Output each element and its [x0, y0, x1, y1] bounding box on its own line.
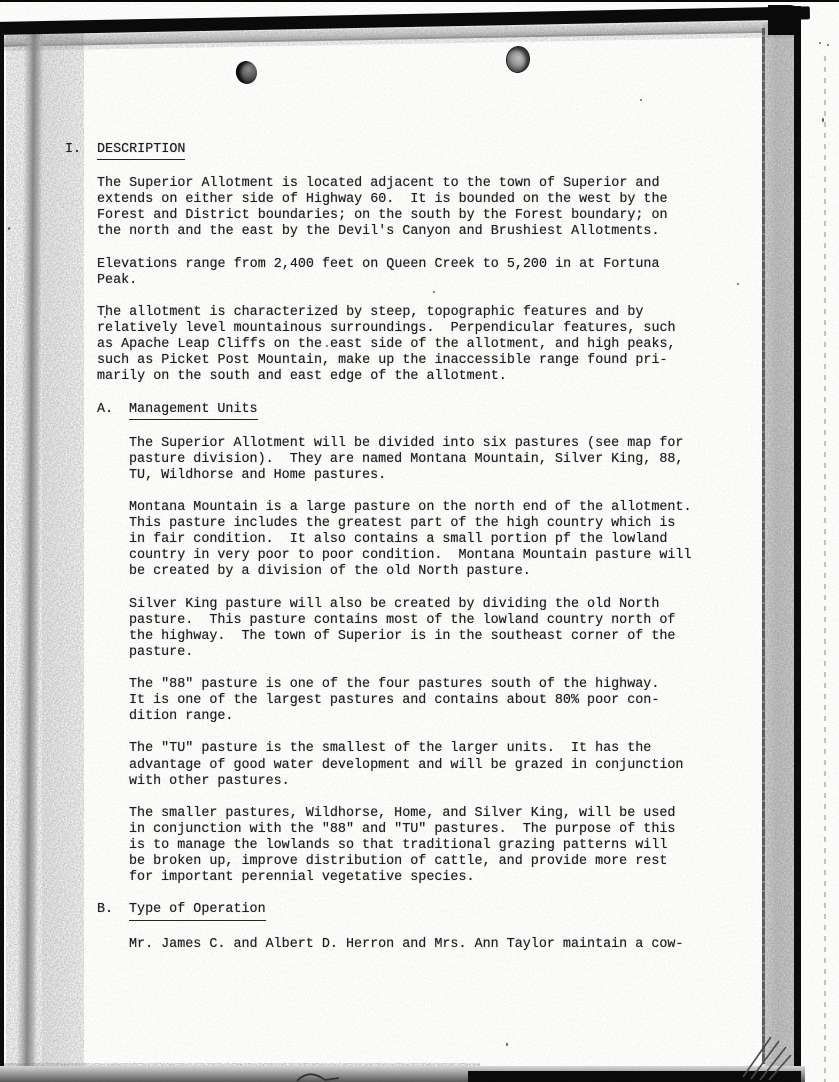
document-text: I. DESCRIPTION The Superior Allotment is…: [65, 142, 755, 953]
subsection-heading: B. Type of Operation: [97, 902, 755, 920]
paragraph: Montana Mountain is a large pasture on t…: [129, 500, 755, 580]
scan-border-top-thin: [0, 0, 839, 2]
faint-fold-line-right: [824, 56, 826, 1082]
section-title: DESCRIPTION: [97, 142, 185, 160]
subsection-heading: A. Management Units: [97, 402, 755, 420]
paragraph: The Superior Allotment is located adjace…: [97, 176, 755, 240]
section-heading: I. DESCRIPTION: [65, 142, 755, 160]
scanned-document-page: I. DESCRIPTION The Superior Allotment is…: [0, 0, 839, 1082]
scan-speck: [640, 99, 642, 101]
scan-speck: [506, 1043, 508, 1046]
paragraph: The smaller pastures, Wildhorse, Home, a…: [129, 806, 755, 886]
subsection-title: Type of Operation: [129, 902, 266, 920]
page-edge-line-right: [762, 28, 765, 1064]
subsection-title: Management Units: [129, 402, 258, 420]
pen-hatch-marks: [733, 1025, 805, 1081]
paragraph: The "TU" pasture is the smallest of the …: [129, 741, 755, 789]
paragraph: Elevations range from 2,400 feet on Quee…: [97, 257, 755, 289]
scan-border-right: [794, 6, 801, 1070]
scan-speck: [827, 44, 829, 46]
paragraph: Mr. James C. and Albert D. Herron and Mr…: [129, 937, 755, 953]
section-number: I.: [65, 142, 97, 160]
book-page-edges-right: [765, 22, 794, 1070]
paragraph: The "88" pasture is one of the four past…: [129, 677, 755, 725]
paragraph: Silver King pasture will also be created…: [129, 597, 755, 661]
subsection-label: A.: [97, 402, 129, 420]
bottom-edge-mark: [295, 1072, 355, 1082]
scan-speck: [8, 227, 10, 230]
scan-border-corner-top-right: [768, 5, 801, 35]
scan-speck: [822, 118, 824, 122]
subsection-label: B.: [97, 902, 129, 920]
scan-border-left: [0, 24, 4, 1082]
paragraph: The Superior Allotment will be divided i…: [129, 436, 755, 484]
paragraph: The allotment is characterized by steep,…: [97, 305, 755, 385]
scan-speck: [819, 42, 821, 44]
